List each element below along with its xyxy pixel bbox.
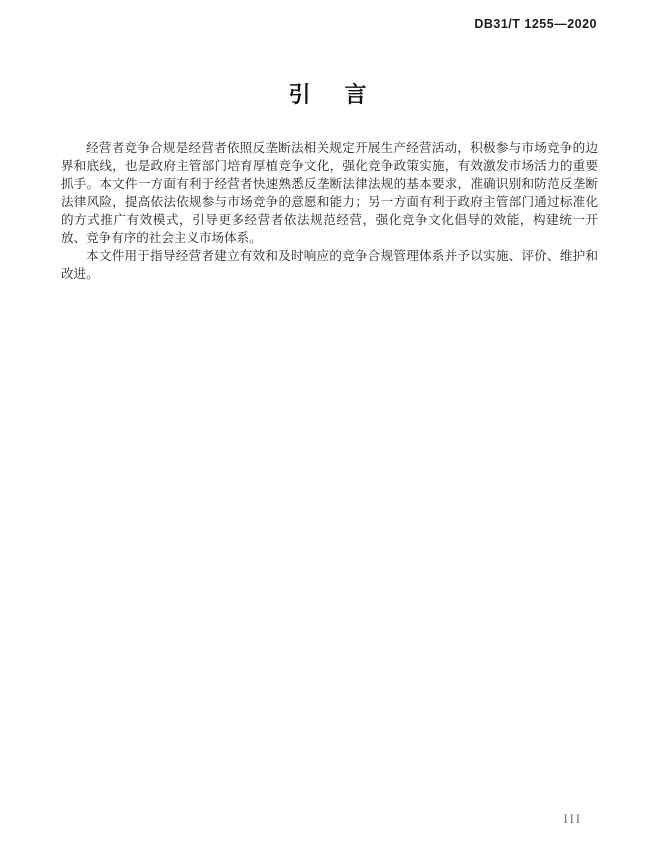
page-number: III <box>564 812 583 827</box>
page-title: 引 言 <box>0 78 661 109</box>
paragraph-1: 经营者竞争合规是经营者依照反垄断法相关规定开展生产经营活动，积极参与市场竞争的边… <box>61 139 598 247</box>
paragraph-2: 本文件用于指导经营者建立有效和及时响应的竞争合规管理体系并予以实施、评价、维护和… <box>61 247 598 283</box>
document-page: DB31/T 1255—2020 引 言 经营者竞争合规是经营者依照反垄断法相关… <box>0 0 661 859</box>
body-text-block: 经营者竞争合规是经营者依照反垄断法相关规定开展生产经营活动，积极参与市场竞争的边… <box>61 139 598 283</box>
standard-code-header: DB31/T 1255—2020 <box>474 17 597 31</box>
